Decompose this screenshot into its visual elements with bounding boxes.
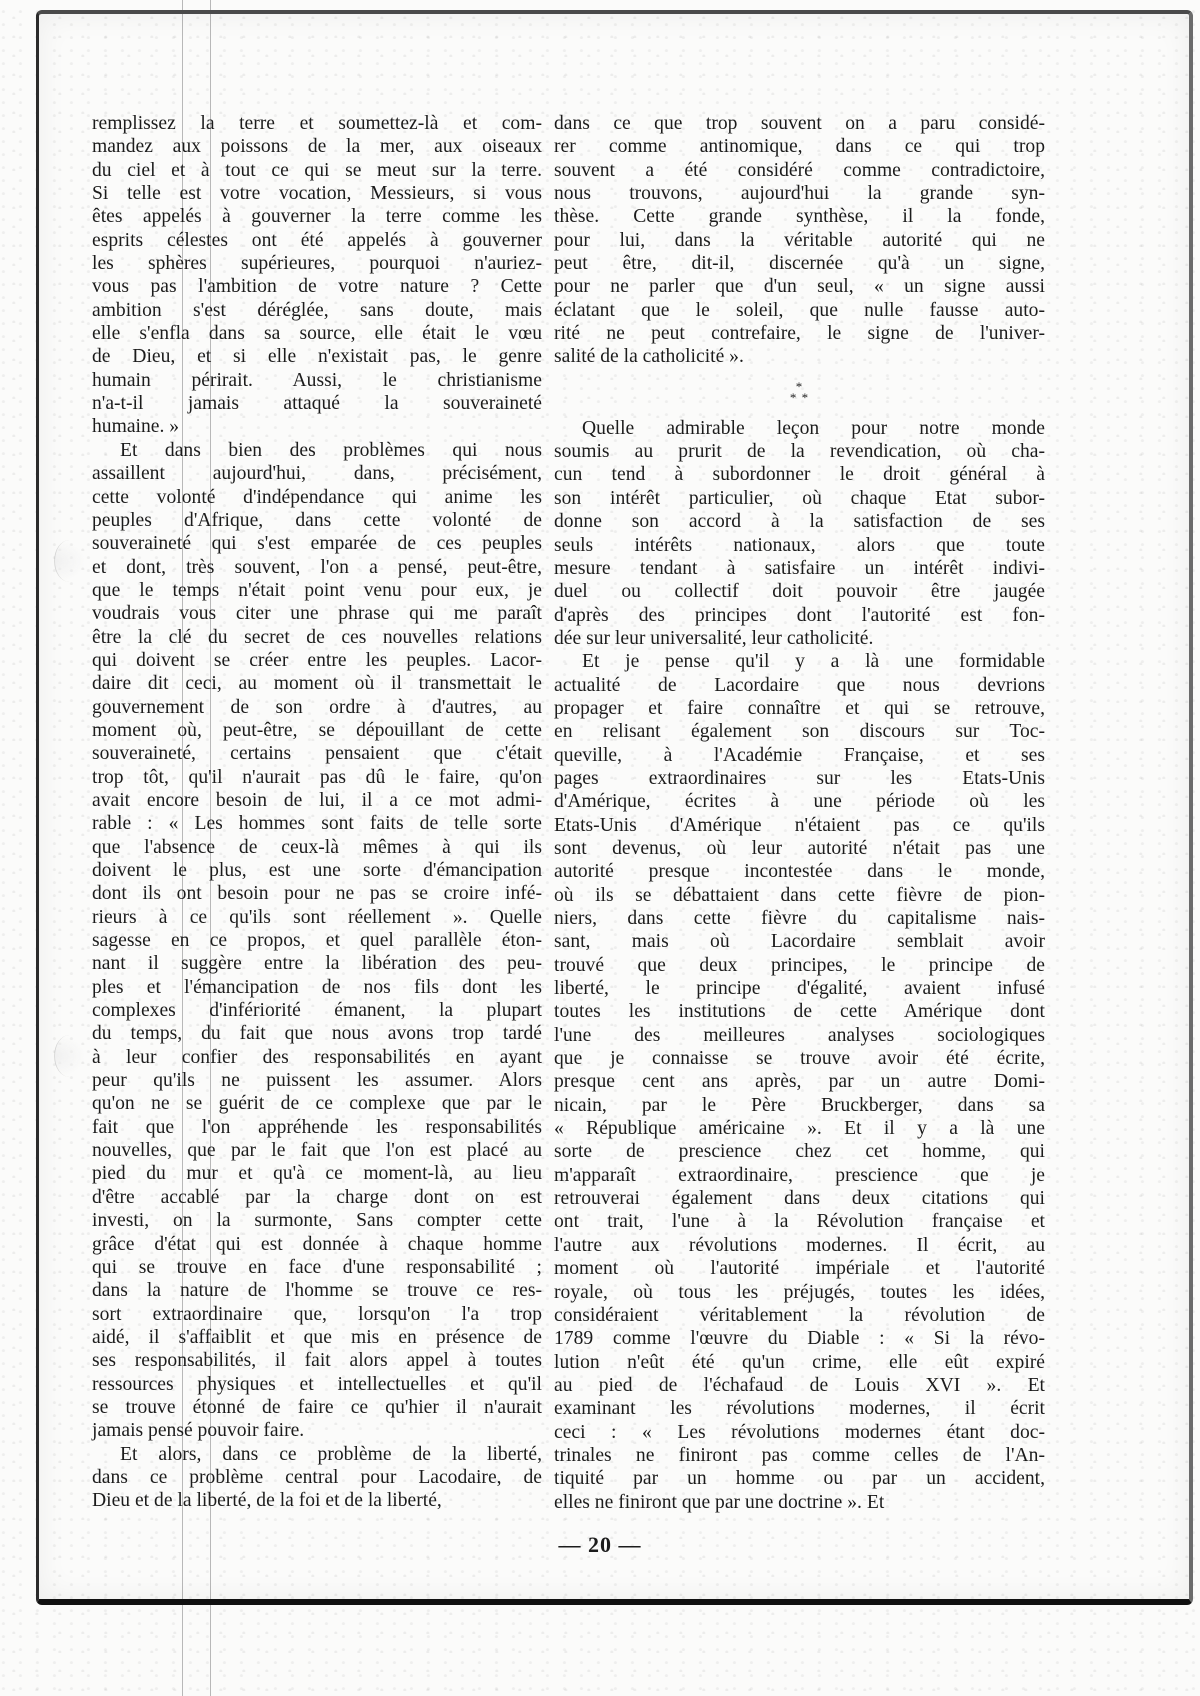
text-line: moment où l'autorité impériale et l'auto… (554, 1257, 1045, 1280)
section-separator: ** * (554, 381, 1045, 403)
text-line: que l'absence de ceux-là mêmes à qui ils (92, 836, 542, 859)
text-line: 1789 comme l'œuvre du Diable : « Si la r… (554, 1327, 1045, 1350)
text-line: dont ils ont besoin pour ne pas se croir… (92, 882, 542, 905)
paragraph: Et je pense qu'il y a là une formidablea… (554, 650, 1045, 1514)
text-line: pied du mur et qu'à ce moment-là, au lie… (92, 1162, 542, 1185)
text-line: tiquité par un homme ou par un accident, (554, 1467, 1045, 1490)
text-line: considéraient véritablement la révolutio… (554, 1304, 1045, 1327)
text-line: dée sur leur universalité, leur catholic… (554, 627, 1045, 650)
text-line: jamais pensé pouvoir faire. (92, 1419, 542, 1442)
text-line: n'a-t-il jamais attaqué la souveraineté (92, 392, 542, 415)
text-line: dans ce que trop souvent on a paru consi… (554, 112, 1045, 135)
text-line: ambition s'est déréglée, sans doute, mai… (92, 299, 542, 322)
text-line: souvent a été considéré comme contradict… (554, 159, 1045, 182)
text-line: Et je pense qu'il y a là une formidable (554, 650, 1045, 673)
text-line: sort extraordinaire que, lorsqu'on l'a t… (92, 1303, 542, 1326)
text-line: peut être, dit-il, discernée qu'à un sig… (554, 252, 1045, 275)
punch-hole (54, 1035, 85, 1077)
text-line: trinales ne finiront pas comme celles de… (554, 1444, 1045, 1467)
text-line: dans ce problème central pour Lacodaire,… (92, 1466, 542, 1489)
text-line: dans la nature de l'homme se trouve ce r… (92, 1279, 542, 1302)
paragraph: remplissez la terre et soumettez-là et c… (92, 112, 542, 439)
text-line: rieurs à ce qu'ils sont réellement ». Qu… (92, 906, 542, 929)
text-line: rer comme antinomique, dans ce qui trop (554, 135, 1045, 158)
text-line: thèse. Cette grande synthèse, il la fond… (554, 205, 1045, 228)
text-line: d'être accablé par la charge dont on est (92, 1186, 542, 1209)
text-line: mesure tendant à satisfaire un intérêt i… (554, 557, 1045, 580)
text-line: grâce d'état qui est donnée à chaque hom… (92, 1233, 542, 1256)
text-line: examinant les révolutions modernes, il é… (554, 1397, 1045, 1420)
text-line: aidé, il s'affaiblit et que mis en prése… (92, 1326, 542, 1349)
text-line: trop tôt, qu'il n'aurait pas dû le faire… (92, 766, 542, 789)
text-line: seuls intérêts nationaux, alors que tout… (554, 534, 1045, 557)
text-line: Quelle admirable leçon pour notre monde (554, 417, 1045, 440)
paragraph: dans ce que trop souvent on a paru consi… (554, 112, 1045, 369)
text-line: retrouverai également dans deux citation… (554, 1187, 1045, 1210)
left-column: remplissez la terre et soumettez-là et c… (92, 112, 542, 1513)
text-line: pour lui, dans la véritable autorité qui… (554, 229, 1045, 252)
text-line: ceci : « Les révolutions modernes étant … (554, 1421, 1045, 1444)
text-line: se trouve étonné de faire ce qu'hier il … (92, 1396, 542, 1419)
text-line: au pied de l'échafaud de Louis XVI ». Et (554, 1374, 1045, 1397)
text-line: rable : « Les hommes sont faits de telle… (92, 812, 542, 835)
text-line: nicain, par le Père Bruckberger, dans sa (554, 1094, 1045, 1117)
text-line: « République américaine ». Et il y a là … (554, 1117, 1045, 1140)
text-line: nouvelles, que par le fait que l'on est … (92, 1139, 542, 1162)
text-line: doivent le plus, est une sorte d'émancip… (92, 859, 542, 882)
text-line: êtes appelés à gouverner la terre comme … (92, 205, 542, 228)
text-line: assaillent aujourd'hui, dans, précisémen… (92, 462, 542, 485)
text-line: Si telle est votre vocation, Messieurs, … (92, 182, 542, 205)
text-line: l'autre aux révolutions modernes. Il écr… (554, 1234, 1045, 1257)
text-line: les sphères supérieures, pourquoi n'auri… (92, 252, 542, 275)
text-line: ont trait, l'une à la Révolution françai… (554, 1210, 1045, 1233)
text-line: donne son accord à la satisfaction de se… (554, 510, 1045, 533)
text-line: Dieu et de la liberté, de la foi et de l… (92, 1489, 542, 1512)
text-line: presque cent ans après, par un autre Dom… (554, 1070, 1045, 1093)
text-line: être la clé du secret de ces nouvelles r… (92, 626, 542, 649)
text-line: d'Amérique, écrites à une période où les (554, 790, 1045, 813)
text-line: rité ne peut contrefaire, le signe de l'… (554, 322, 1045, 345)
text-line: du ciel et à tout ce qui se meut sur la … (92, 159, 542, 182)
text-line: sagesse en ce propos, et quel parallèle … (92, 929, 542, 952)
text-line: humaine. » (92, 415, 542, 438)
text-line: actualité de Lacordaire que nous devrion… (554, 674, 1045, 697)
text-line: ses responsabilités, il fait alors appel… (92, 1349, 542, 1372)
text-line: Et dans bien des problèmes qui nous (92, 439, 542, 462)
text-line: daire dit ceci, au moment où il transmet… (92, 672, 542, 695)
text-line: peur qu'ils ne puissent les assumer. Alo… (92, 1069, 542, 1092)
text-line: niers, dans cette fièvre du capitalisme … (554, 907, 1045, 930)
text-line: autorité presque incontestée dans le mon… (554, 860, 1045, 883)
text-line: Etats-Unis d'Amérique n'étaient pas ce q… (554, 814, 1045, 837)
text-line: où ils se débattaient dans cette fièvre … (554, 884, 1045, 907)
text-line: ples et l'émancipation de nos fils dont … (92, 976, 542, 999)
text-line: en relisant également son discours sur T… (554, 720, 1045, 743)
text-line: de Dieu, et si elle n'existait pas, le g… (92, 345, 542, 368)
text-line: pour ne parler que d'un seul, « un signe… (554, 275, 1045, 298)
text-line: fait que l'on appréhende les responsabil… (92, 1116, 542, 1139)
text-line: ressources physiques et intellectuelles … (92, 1373, 542, 1396)
text-line: cun tend à subordonner le droit général … (554, 463, 1045, 486)
right-column: dans ce que trop souvent on a paru consi… (554, 112, 1045, 1514)
text-line: Et alors, dans ce problème de la liberté… (92, 1443, 542, 1466)
text-line: pages extraordinaires sur les Etats-Unis (554, 767, 1045, 790)
text-line: que le temps n'était point venu pour eux… (92, 579, 542, 602)
punch-hole (54, 540, 85, 582)
text-line: du temps, du fait que nous avons trop ta… (92, 1022, 542, 1045)
text-line: peuples d'Afrique, dans cette volonté de (92, 509, 542, 532)
text-line: sant, mais où Lacordaire semblait avoir (554, 930, 1045, 953)
page-number: — 20 — (0, 1532, 1200, 1558)
text-line: lution n'eût été qu'un crime, elle eût e… (554, 1351, 1045, 1374)
text-line: souveraineté, certains pensaient que c'é… (92, 742, 542, 765)
text-line: toutes les institutions de cette Amériqu… (554, 1000, 1045, 1023)
text-line: à leur confier des responsabilités en ay… (92, 1046, 542, 1069)
text-line: complexes d'infériorité émanent, la plup… (92, 999, 542, 1022)
text-line: qu'on ne se guérit de ce complexe que pa… (92, 1092, 542, 1115)
text-line: mandez aux poissons de la mer, aux oisea… (92, 135, 542, 158)
text-line: duel ou collectif doit pouvoir être jaug… (554, 580, 1045, 603)
text-line: soumis au prurit de la revendication, où… (554, 440, 1045, 463)
text-line: elles ne finiront que par une doctrine »… (554, 1491, 1045, 1514)
text-line: m'apparaît extraordinaire, prescience qu… (554, 1164, 1045, 1187)
text-line: royale, où tous les préjugés, toutes les… (554, 1281, 1045, 1304)
text-line: queville, à l'Académie Française, et ses (554, 744, 1045, 767)
text-line: avait encore besoin de lui, il a ce mot … (92, 789, 542, 812)
text-line: qui doivent se créer entre les peuples. … (92, 649, 542, 672)
text-line: éclatant que le soleil, que nulle fausse… (554, 299, 1045, 322)
text-line: elle s'enfla dans sa source, elle était … (92, 322, 542, 345)
text-line: investi, on la surmonte, Sans compter ce… (92, 1209, 542, 1232)
text-line: sont devenus, où leur autorité n'était p… (554, 837, 1045, 860)
text-line: sorte de prescience chez cet homme, qui (554, 1140, 1045, 1163)
text-line: remplissez la terre et soumettez-là et c… (92, 112, 542, 135)
paragraph: Quelle admirable leçon pour notre mondes… (554, 417, 1045, 650)
text-line: voudrais vous citer une phrase qui me pa… (92, 602, 542, 625)
text-line: salité de la catholicité ». (554, 345, 1045, 368)
text-line: moment où, peut-être, se dépouillant de … (92, 719, 542, 742)
text-line: l'une des meilleures analyses sociologiq… (554, 1024, 1045, 1047)
text-line: propager et faire connaître et qui se re… (554, 697, 1045, 720)
text-line: gouvernement de son ordre à d'autres, au (92, 696, 542, 719)
text-line: souveraineté qui s'est emparée de ces pe… (92, 532, 542, 555)
text-line: nous trouvons, aujourd'hui la grande syn… (554, 182, 1045, 205)
text-line: que je connaisse se trouve avoir été écr… (554, 1047, 1045, 1070)
text-line: d'après des principes dont l'autorité es… (554, 604, 1045, 627)
text-line: son intérêt particulier, où chaque Etat … (554, 487, 1045, 510)
text-line: vous pas l'ambition de votre nature ? Ce… (92, 275, 542, 298)
text-line: cette volonté d'indépendance qui anime l… (92, 486, 542, 509)
text-line: et dont, très souvent, l'on a pensé, peu… (92, 556, 542, 579)
text-line: liberté, le principe d'égalité, avaient … (554, 977, 1045, 1000)
text-line: qui se trouve en face d'une responsabili… (92, 1256, 542, 1279)
text-line: esprits célestes ont été appelés à gouve… (92, 229, 542, 252)
paragraph: Et dans bien des problèmes qui nousassai… (92, 439, 542, 1443)
paragraph: Et alors, dans ce problème de la liberté… (92, 1443, 542, 1513)
text-line: trouvé que deux principes, le principe d… (554, 954, 1045, 977)
text-line: humain périrait. Aussi, le christianisme (92, 369, 542, 392)
text-line: nant il suggère entre la libération des … (92, 952, 542, 975)
